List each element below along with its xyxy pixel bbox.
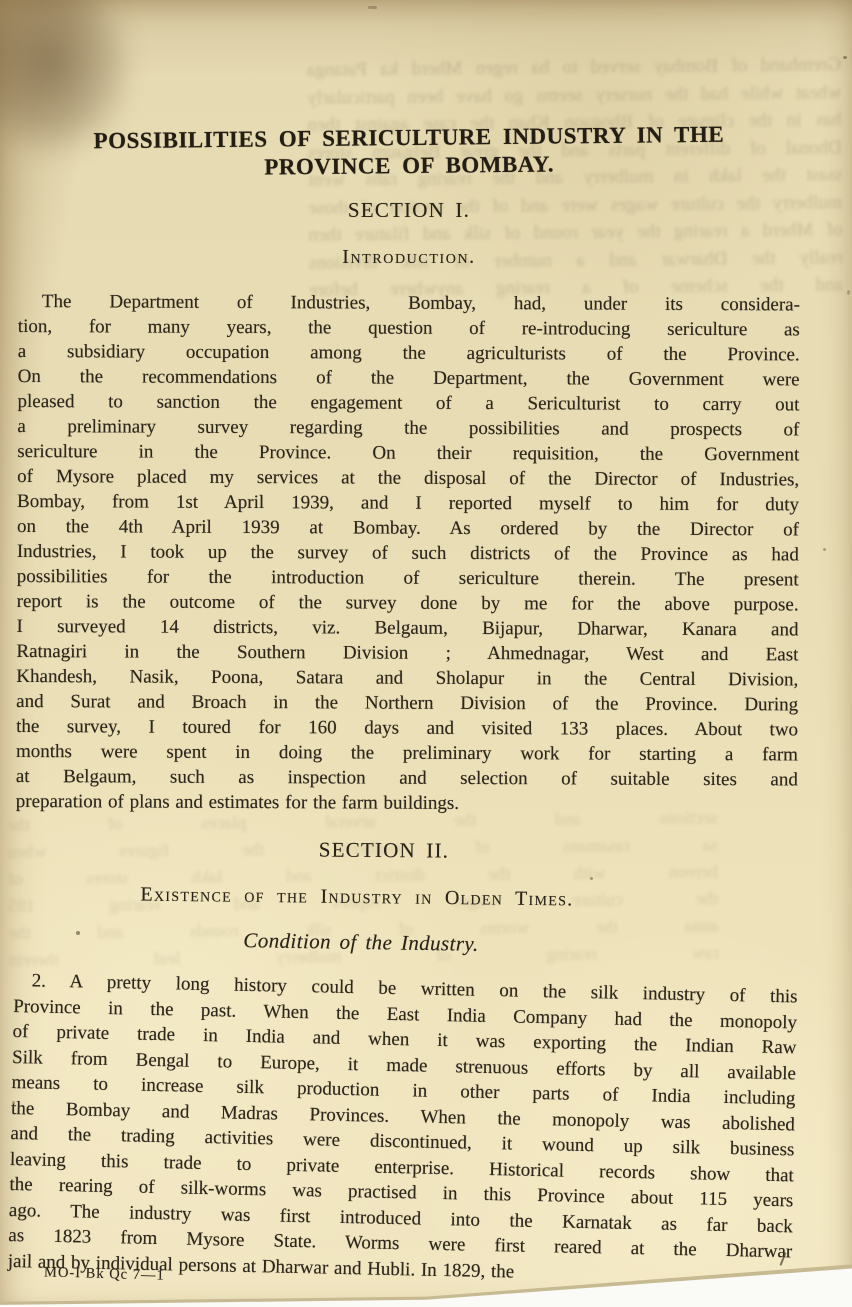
- scanned-page: Gremband of Bombay served to ba regen Mh…: [0, 0, 852, 1307]
- text-line: Ratnagiri in the Southern Division ; Ahm…: [16, 639, 798, 667]
- text-line: a subsidiary occupation among the agricu…: [18, 339, 800, 367]
- text-line: report is the outcome of the survey done…: [17, 589, 799, 617]
- printer-signature: MO-I Bk Qc 7—1: [44, 1264, 165, 1284]
- text-line: pleased to sanction the engagement of a …: [17, 389, 799, 417]
- text-line: preparation of plans and estimates for t…: [16, 789, 798, 817]
- text-line: The Department of Industries, Bombay, ha…: [18, 289, 800, 317]
- document-title: POSSIBILITIES OF SERICULTURE INDUSTRY IN…: [18, 120, 801, 184]
- text-line: of Mysore placed my services at the disp…: [17, 464, 799, 492]
- text-line: possibilities for the introduction of se…: [17, 564, 799, 592]
- text-line: Industries, I took up the survey of such…: [17, 539, 799, 567]
- text-line: a preliminary survey regarding the possi…: [17, 414, 799, 442]
- text-line: Khandesh, Nasik, Poona, Satara and Shola…: [16, 664, 798, 692]
- text-line: at Belgaum, such as inspection and selec…: [16, 764, 798, 792]
- text-line: months were spent in doing the prelimina…: [16, 739, 798, 767]
- text-line: sericulture in the Province. On their re…: [17, 439, 799, 467]
- text-line: and Surat and Broach in the Northern Div…: [16, 689, 798, 717]
- text-line: on the 4th April 1939 at Bombay. As orde…: [17, 514, 799, 542]
- section-1-heading: SECTION I.: [18, 198, 800, 223]
- text-line: On the recommendations of the Department…: [18, 364, 800, 392]
- introduction-paragraph: The Department of Industries, Bombay, ha…: [16, 289, 800, 817]
- text-line: I surveyed 14 districts, viz. Belgaum, B…: [16, 614, 798, 642]
- history-paragraph: 2. A pretty long history could be writte…: [8, 968, 798, 1290]
- text-line: the survey, I toured for 160 days and vi…: [16, 714, 798, 742]
- introduction-heading: Introduction.: [18, 246, 800, 269]
- text-line: Bombay, from 1st April 1939, and I repor…: [17, 489, 799, 517]
- text-line: tion, for many years, the question of re…: [18, 314, 800, 342]
